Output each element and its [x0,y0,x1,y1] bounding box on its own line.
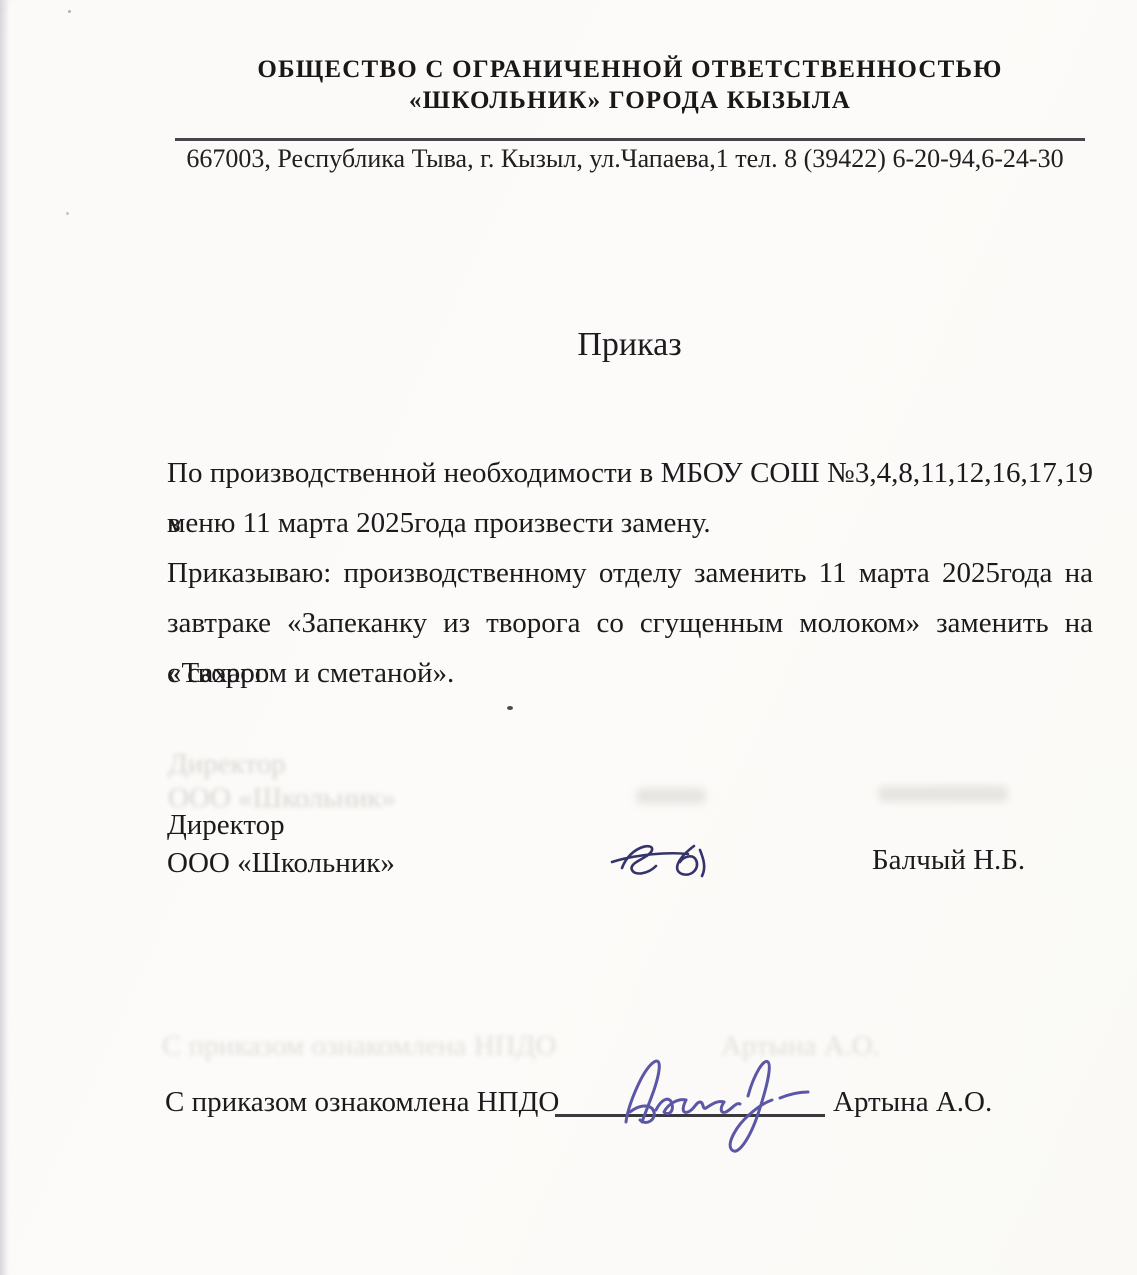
bleedthrough-smudge [878,786,1008,802]
org-name-line1: ОБЩЕСТВО С ОГРАНИЧЕННОЙ ОТВЕТСТВЕННОСТЬЮ [170,54,1090,85]
acknowledgment-signature-icon [608,1046,848,1166]
bleedthrough-smudge [636,788,706,804]
ghost-ack-label: С приказом ознакомлена НПДО [162,1030,556,1062]
acknowledgment-signer-name: Артына А.О. [833,1086,992,1119]
scan-speck [507,706,513,710]
scan-speck [66,212,69,215]
org-address: 667003, Республика Тыва, г. Кызыл, ул.Ча… [120,144,1130,174]
org-name-line2: «ШКОЛЬНИК» ГОРОДА КЫЗЫЛА [170,85,1090,116]
scanned-order-document: ОБЩЕСТВО С ОГРАНИЧЕННОЙ ОТВЕТСТВЕННОСТЬЮ… [0,0,1137,1275]
signer-role-line1: Директор [167,806,587,844]
document-title: Приказ [167,326,1092,364]
scan-speck [68,10,71,13]
signer-name: Балчый Н.Б. [872,844,1025,877]
acknowledgment-label: С приказом ознакомлена НПДО [165,1086,559,1119]
order-body: По производственной необходимости в МБОУ… [167,448,1093,698]
signer-role-line2: ООО «Школьник» [167,844,587,882]
order-text-line: Приказываю: производственному отделу зам… [167,548,1093,598]
order-text-line: завтраке «Запеканку из творога со сгущен… [167,598,1093,648]
signer-role: Директор ООО «Школьник» [167,806,587,882]
scan-edge-shadow [0,0,9,1275]
order-text-line: По производственной необходимости в МБОУ… [167,448,1093,498]
bleedthrough-ghost-text: Директор [168,748,286,781]
header-divider-line [175,138,1085,141]
order-text-line: меню 11 марта 2025года произвести замену… [167,498,1093,548]
director-signature-icon [608,834,718,886]
org-header: ОБЩЕСТВО С ОГРАНИЧЕННОЙ ОТВЕТСТВЕННОСТЬЮ… [170,54,1090,116]
order-text-line: с сахаром и сметаной». [167,648,1093,698]
